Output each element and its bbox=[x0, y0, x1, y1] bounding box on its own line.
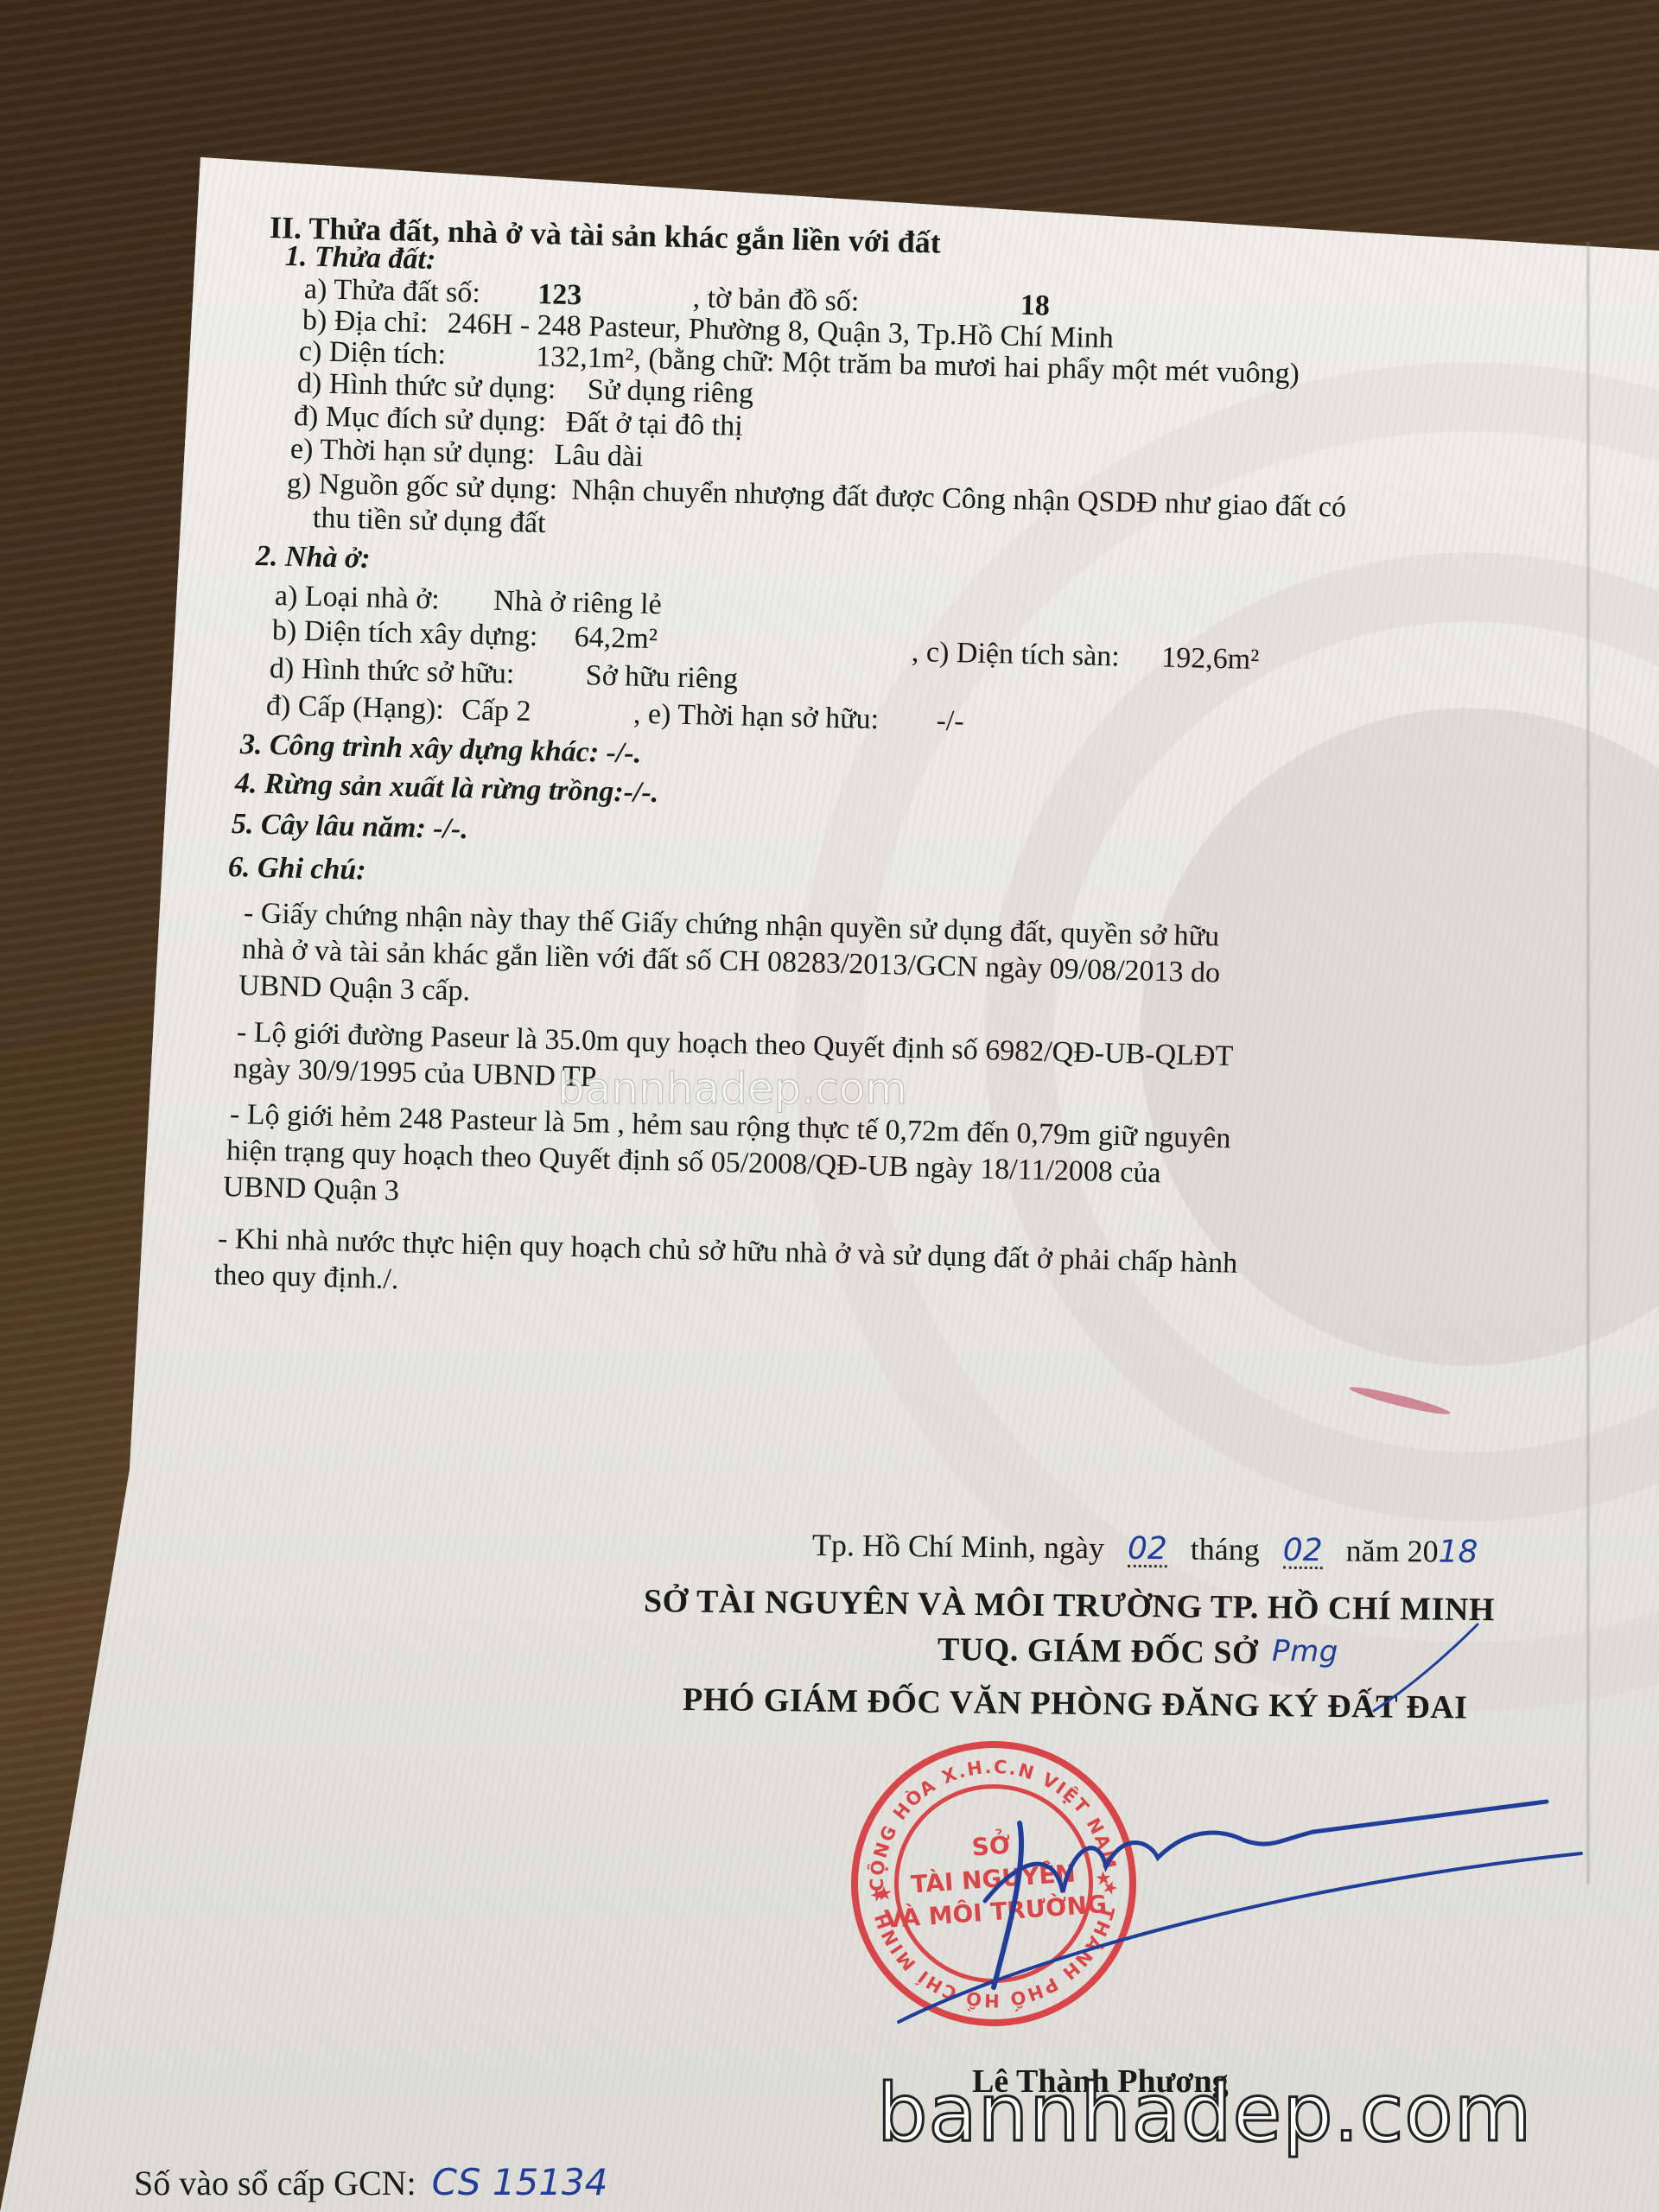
bannhadep-watermark: bannhadep.com bbox=[877, 2074, 1532, 2153]
area-label: c) Diện tích: bbox=[299, 335, 447, 371]
address-label: b) Địa chỉ: bbox=[302, 304, 429, 339]
own-term-label: , e) Thời hạn sở hữu: bbox=[633, 700, 880, 734]
floor-area-row: , c) Diện tích sàn: 192,6m² bbox=[912, 638, 1260, 675]
floor-area-label: , c) Diện tích sàn: bbox=[912, 636, 1121, 672]
house-type-row: a) Loại nhà ở: Nhà ở riêng lẻ bbox=[275, 582, 662, 620]
place-date-row: Tp. Hồ Chí Minh, ngày 02 tháng 02 năm 20… bbox=[812, 1529, 1478, 1571]
seal-center-text: SỞ TÀI NGUYÊN VÀ MÔI TRƯỜNG bbox=[855, 1821, 1132, 1938]
handwritten-initials: Pmg bbox=[1272, 1634, 1338, 1669]
date-day: 02 bbox=[1128, 1534, 1167, 1567]
house-heading: 2. Nhà ở: bbox=[256, 542, 371, 574]
origin-value-line2: thu tiền sử dụng đất bbox=[313, 504, 546, 538]
production-forest: 4. Rừng sản xuất là rừng trồng:-/-. bbox=[235, 769, 659, 808]
use-term-label: e) Thời hạn sử dụng: bbox=[290, 433, 536, 470]
other-construction: 3. Công trình xây dựng khác: -/-. bbox=[240, 730, 642, 769]
build-area-label: b) Diện tích xây dựng: bbox=[272, 614, 538, 652]
note-line: theo quy định./. bbox=[214, 1261, 399, 1294]
land-heading: 1. Thửa đất: bbox=[285, 242, 436, 275]
ownership-row: d) Hình thức sở hữu: Sở hữu riêng bbox=[270, 654, 739, 694]
build-area-row: b) Diện tích xây dựng: 64,2m² bbox=[272, 616, 658, 654]
floor-area-value: 192,6m² bbox=[1161, 644, 1260, 676]
notes-heading: 6. Ghi chú: bbox=[228, 853, 366, 886]
date-year-suffix: 18 bbox=[1438, 1535, 1478, 1570]
official-red-seal: CỘNG HÒA X.H.C.N VIỆT NAM ★ THÀNH PHỐ HỒ… bbox=[842, 1732, 1146, 2036]
ownership-value: Sở hữu riêng bbox=[585, 661, 738, 694]
use-term-row: e) Thời hạn sử dụng: Lâu dài bbox=[290, 435, 644, 472]
date-month: 02 bbox=[1283, 1535, 1323, 1569]
seal-star-icon: ★ bbox=[875, 1885, 893, 1904]
grade-value: Cấp 2 bbox=[461, 696, 531, 727]
note-line: ngày 30/9/1995 của UBND TP bbox=[233, 1054, 597, 1092]
use-form-value: Sử dụng riêng bbox=[587, 376, 753, 409]
house-type-value: Nhà ở riêng lẻ bbox=[493, 587, 662, 620]
registry-number-row: Số vào sổ cấp GCN: CS 15134 bbox=[134, 2164, 607, 2201]
on-behalf-title: TUQ. GIÁM ĐỐC SỞ Pmg bbox=[938, 1633, 1338, 1670]
registry-label: Số vào sổ cấp GCN: bbox=[134, 2164, 416, 2202]
build-area-value: 64,2m² bbox=[574, 623, 658, 654]
land-use-certificate-page: II. Thửa đất, nhà ở và tài sản khác gắn … bbox=[0, 0, 1659, 2212]
house-type-label: a) Loại nhà ở: bbox=[275, 580, 441, 615]
parcel-label: a) Thửa đất số: bbox=[304, 273, 481, 309]
seal-star-icon: ★ bbox=[1094, 1869, 1112, 1889]
issuing-organization: SỞ TÀI NGUYÊN VÀ MÔI TRƯỜNG TP. HỒ CHÍ M… bbox=[644, 1585, 1495, 1626]
origin-label: g) Nguồn gốc sử dụng: bbox=[287, 467, 558, 505]
map-sheet-label: , tờ bản đồ số: bbox=[692, 283, 859, 316]
note-line: UBND Quận 3 bbox=[223, 1173, 400, 1206]
ownership-label: d) Hình thức sở hữu: bbox=[270, 652, 515, 690]
origin-value-line1: Nhận chuyển nhượng đất được Công nhận QS… bbox=[571, 474, 1346, 523]
parcel-value: 123 bbox=[537, 280, 582, 310]
own-term-value: -/- bbox=[936, 707, 964, 737]
faint-watermark: bannhadep.com bbox=[557, 1067, 907, 1110]
grade-row: đ) Cấp (Hạng): Cấp 2 , e) Thời hạn sở hữ… bbox=[266, 691, 964, 736]
registry-value: CS 15134 bbox=[432, 2161, 608, 2203]
purpose-value: Đất ở tại đô thị bbox=[565, 408, 743, 442]
year-label: năm 20 bbox=[1345, 1535, 1438, 1567]
note-line: UBND Quận 3 cấp. bbox=[238, 971, 471, 1007]
month-label: tháng bbox=[1191, 1534, 1260, 1566]
grade-label: đ) Cấp (Hạng): bbox=[266, 690, 445, 726]
purpose-label: đ) Mục đích sử dụng: bbox=[294, 400, 547, 438]
map-sheet-value: 18 bbox=[1020, 291, 1050, 321]
use-term-value: Lâu dài bbox=[554, 441, 644, 472]
on-behalf-text: TUQ. GIÁM ĐỐC SỞ bbox=[938, 1631, 1259, 1671]
perennial-trees: 5. Cây lâu năm: -/-. bbox=[232, 810, 469, 844]
signer-position: PHÓ GIÁM ĐỐC VĂN PHÒNG ĐĂNG KÝ ĐẤT ĐAI bbox=[683, 1683, 1468, 1725]
place-date-prefix: Tp. Hồ Chí Minh, ngày bbox=[812, 1528, 1104, 1566]
use-form-label: d) Hình thức sử dụng: bbox=[297, 367, 556, 405]
